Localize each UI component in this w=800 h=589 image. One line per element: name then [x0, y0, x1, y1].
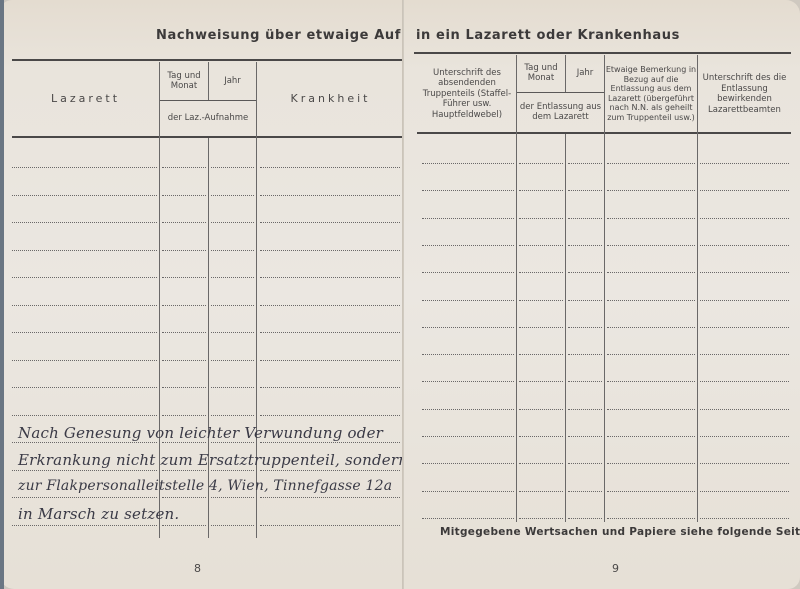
table-row-ruling: [568, 272, 602, 273]
table-row-ruling: [211, 497, 254, 498]
table-row-ruling: [12, 332, 157, 333]
table-row-ruling: [211, 277, 254, 278]
table-row-ruling: [162, 250, 206, 251]
table-row-ruling: [568, 463, 602, 464]
table-row-ruling: [700, 190, 789, 191]
column-header-entlassung: der Entlassung aus dem Lazarett: [517, 94, 604, 130]
column-header-jahr: Jahr: [209, 64, 256, 98]
table-row-ruling: [260, 442, 400, 443]
table-row-ruling: [12, 167, 157, 168]
header-sub-rule: [516, 92, 604, 93]
table-row-ruling: [260, 497, 400, 498]
table-row-ruling: [211, 305, 254, 306]
table-row-ruling: [700, 436, 789, 437]
table-row-ruling: [162, 415, 206, 416]
table-row-ruling: [568, 190, 602, 191]
table-row-ruling: [162, 525, 206, 526]
table-row-ruling: [211, 442, 254, 443]
handwritten-line-4: in Marsch zu setzen.: [18, 505, 179, 523]
table-row-ruling: [519, 409, 563, 410]
table-row-ruling: [700, 272, 789, 273]
column-header-lazarett: Lazarett: [12, 62, 159, 136]
table-row-ruling: [519, 163, 563, 164]
table-row-ruling: [519, 463, 563, 464]
table-row-ruling: [12, 277, 157, 278]
table-row-ruling: [519, 354, 563, 355]
table-row-ruling: [607, 436, 695, 437]
table-row-ruling: [568, 491, 602, 492]
table-row-ruling: [607, 518, 695, 519]
book-edge: [0, 0, 4, 589]
table-row-ruling: [422, 381, 514, 382]
table-row-ruling: [607, 163, 695, 164]
table-row-ruling: [568, 436, 602, 437]
table-row-ruling: [12, 525, 157, 526]
table-row-ruling: [162, 167, 206, 168]
table-row-ruling: [260, 305, 400, 306]
table-row-ruling: [260, 360, 400, 361]
table-row-ruling: [519, 218, 563, 219]
header-sub-rule: [160, 100, 257, 101]
table-row-ruling: [568, 327, 602, 328]
table-row-ruling: [422, 518, 514, 519]
table-row-ruling: [162, 305, 206, 306]
header-top-rule: [12, 59, 404, 61]
table-row-ruling: [162, 497, 206, 498]
table-row-ruling: [700, 518, 789, 519]
table-row-ruling: [519, 518, 563, 519]
table-row-ruling: [568, 163, 602, 164]
table-row-ruling: [607, 272, 695, 273]
table-row-ruling: [607, 327, 695, 328]
table-row-ruling: [162, 195, 206, 196]
table-row-ruling: [607, 245, 695, 246]
column-divider: [565, 134, 566, 522]
table-row-ruling: [700, 409, 789, 410]
table-row-ruling: [12, 387, 157, 388]
table-row-ruling: [12, 195, 157, 196]
table-row-ruling: [12, 497, 157, 498]
table-row-ruling: [162, 470, 206, 471]
table-row-ruling: [162, 332, 206, 333]
column-header-krankheit: Krankheit: [257, 62, 404, 136]
table-row-ruling: [211, 470, 254, 471]
column-header-jahr: Jahr: [566, 56, 604, 90]
table-row-ruling: [568, 300, 602, 301]
table-row-ruling: [162, 387, 206, 388]
column-header-unterschrift-absendend: Unterschrift des absendenden Truppenteil…: [418, 58, 516, 130]
table-row-ruling: [422, 272, 514, 273]
table-row-ruling: [607, 409, 695, 410]
table-row-ruling: [12, 360, 157, 361]
table-row-ruling: [260, 470, 400, 471]
table-row-ruling: [422, 245, 514, 246]
table-row-ruling: [162, 277, 206, 278]
column-header-tag-monat: Tag und Monat: [517, 56, 565, 90]
header-top-rule: [414, 52, 791, 54]
table-row-ruling: [519, 436, 563, 437]
table-row-ruling: [568, 518, 602, 519]
handwritten-line-1: Nach Genesung von leichter Verwundung od…: [18, 424, 383, 442]
table-row-ruling: [12, 442, 157, 443]
table-row-ruling: [700, 218, 789, 219]
table-row-ruling: [607, 491, 695, 492]
table-row-ruling: [162, 360, 206, 361]
column-header-bemerkung: Etwaige Bemerkung in Bezug auf die Entla…: [605, 55, 697, 132]
table-row-ruling: [260, 167, 400, 168]
table-row-ruling: [422, 300, 514, 301]
table-row-ruling: [260, 250, 400, 251]
table-row-ruling: [607, 218, 695, 219]
table-row-ruling: [607, 354, 695, 355]
table-row-ruling: [211, 195, 254, 196]
table-row-ruling: [12, 470, 157, 471]
table-row-ruling: [211, 387, 254, 388]
table-row-ruling: [700, 491, 789, 492]
table-row-ruling: [211, 222, 254, 223]
table-row-ruling: [607, 190, 695, 191]
table-row-ruling: [12, 222, 157, 223]
table-row-ruling: [422, 218, 514, 219]
table-row-ruling: [568, 409, 602, 410]
table-row-ruling: [422, 190, 514, 191]
table-row-ruling: [700, 245, 789, 246]
table-row-ruling: [211, 415, 254, 416]
table-row-ruling: [568, 218, 602, 219]
table-row-ruling: [211, 332, 254, 333]
page-title-left: Nachweisung über etwaige Aufnahme: [156, 28, 404, 43]
page-title-right: in ein Lazarett oder Krankenhaus: [416, 28, 680, 43]
column-header-tag-monat: Tag und Monat: [160, 64, 208, 98]
table-row-ruling: [519, 190, 563, 191]
table-row-ruling: [162, 442, 206, 443]
handwritten-line-3: zur Flakpersonalleitstelle 4, Wien, Tinn…: [18, 478, 392, 494]
table-row-ruling: [519, 327, 563, 328]
table-row-ruling: [700, 300, 789, 301]
table-row-ruling: [568, 354, 602, 355]
table-row-ruling: [519, 245, 563, 246]
table-row-ruling: [700, 354, 789, 355]
table-row-ruling: [700, 163, 789, 164]
table-row-ruling: [700, 327, 789, 328]
table-row-ruling: [568, 381, 602, 382]
page-number-left: 8: [194, 562, 201, 575]
table-row-ruling: [260, 195, 400, 196]
table-row-ruling: [260, 387, 400, 388]
table-row-ruling: [519, 300, 563, 301]
table-row-ruling: [700, 463, 789, 464]
table-row-ruling: [12, 305, 157, 306]
table-row-ruling: [260, 525, 400, 526]
left-page: Nachweisung über etwaige Aufnahme Lazare…: [0, 0, 404, 589]
table-row-ruling: [607, 463, 695, 464]
table-row-ruling: [519, 381, 563, 382]
table-row-ruling: [211, 250, 254, 251]
handwritten-line-2: Erkrankung nicht zum Ersatztruppenteil, …: [18, 451, 404, 469]
table-row-ruling: [422, 163, 514, 164]
table-row-ruling: [519, 272, 563, 273]
table-row-ruling: [260, 332, 400, 333]
table-row-ruling: [422, 409, 514, 410]
table-row-ruling: [211, 525, 254, 526]
table-row-ruling: [260, 277, 400, 278]
page-number-right: 9: [612, 562, 619, 575]
table-row-ruling: [422, 354, 514, 355]
table-row-ruling: [422, 463, 514, 464]
column-header-unterschrift-beamte: Unterschrift des die Entlassung bewirken…: [698, 58, 791, 130]
footer-note: Mitgegebene Wertsachen und Papiere siehe…: [440, 526, 800, 538]
table-row-ruling: [607, 300, 695, 301]
table-row-ruling: [422, 436, 514, 437]
table-row-ruling: [422, 491, 514, 492]
right-page: in ein Lazarett oder Krankenhaus Untersc…: [404, 0, 800, 589]
table-row-ruling: [260, 415, 400, 416]
table-row-ruling: [211, 167, 254, 168]
table-row-ruling: [162, 222, 206, 223]
table-row-ruling: [568, 245, 602, 246]
table-row-ruling: [519, 491, 563, 492]
table-row-ruling: [12, 250, 157, 251]
table-row-ruling: [422, 327, 514, 328]
table-row-ruling: [260, 222, 400, 223]
column-header-laz-aufnahme: der Laz.-Aufnahme: [160, 102, 256, 134]
table-row-ruling: [12, 415, 157, 416]
table-row-ruling: [700, 381, 789, 382]
table-row-ruling: [211, 360, 254, 361]
table-row-ruling: [607, 381, 695, 382]
